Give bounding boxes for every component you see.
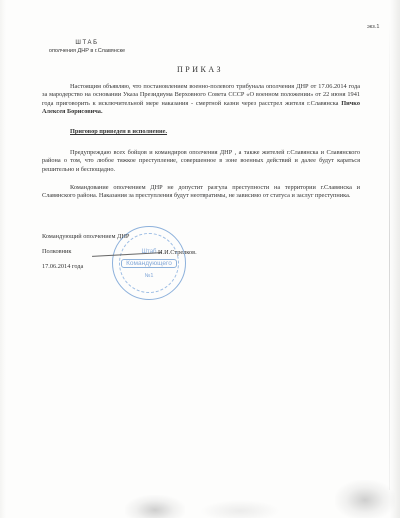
org-subtitle: ополчения ДНР в г.Славянске: [42, 48, 132, 54]
stamp-line-3: №1: [113, 273, 185, 279]
stamp-line-2: Командующего: [121, 259, 177, 268]
paragraph-warning-text: Предупреждаю всех бойцов и командиров оп…: [42, 149, 360, 173]
scan-smudge: [335, 480, 395, 518]
paragraph-warning: Предупреждаю всех бойцов и командиров оп…: [42, 149, 360, 174]
page-edge-shadow: [389, 20, 390, 490]
paragraph-command-text: Командование ополчением ДНР не допустит …: [42, 184, 360, 199]
copy-mark: экз.1: [367, 24, 379, 30]
paragraph-command: Командование ополчением ДНР не допустит …: [42, 184, 360, 201]
paragraph-verdict-text: Настоящим объявляю, что постановлением в…: [42, 83, 360, 107]
scan-smudge: [200, 500, 280, 518]
paragraph-executed: Приговор приведен в исполнение.: [42, 128, 360, 136]
scan-smudge: [125, 495, 185, 518]
signature-date: 17.06.2014 года: [42, 263, 83, 270]
scanned-page: экз.1 ШТАБ ополчения ДНР в г.Славянске П…: [0, 0, 400, 518]
org-title: ШТАБ: [42, 40, 132, 46]
signatory-name: И.И.Стрелков.: [158, 249, 197, 256]
signatory-rank: Полковник: [42, 248, 71, 255]
signatory-role: Командующий ополчением ДНР: [42, 233, 129, 240]
paragraph-verdict: Настоящим объявляю, что постановлением в…: [42, 83, 360, 116]
header-block: ШТАБ ополчения ДНР в г.Славянске: [42, 40, 132, 54]
document-title: ПРИКАЗ: [0, 65, 400, 74]
